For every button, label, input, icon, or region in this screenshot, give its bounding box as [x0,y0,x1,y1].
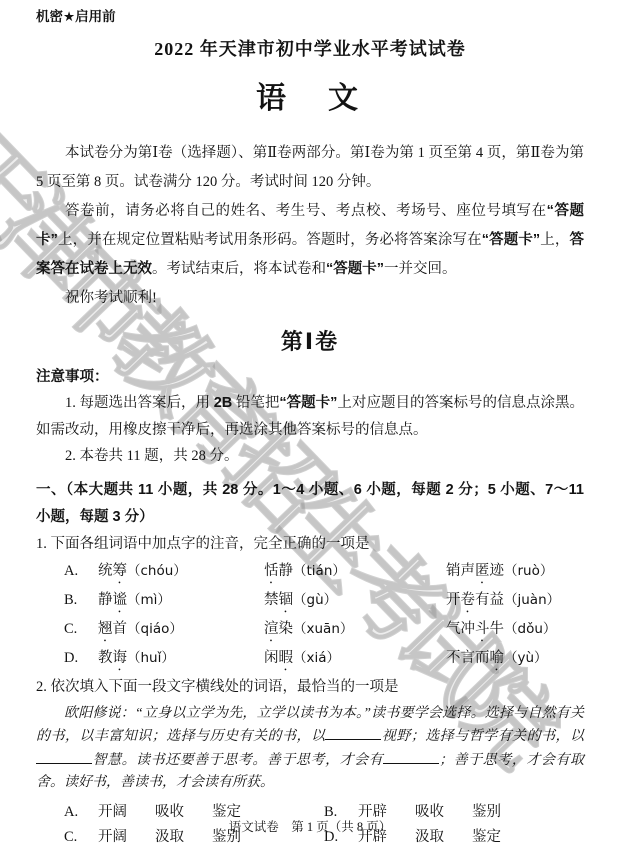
fill-in-blank [36,749,92,764]
exam-paper-page: 天津市教育招生考试院 机密★启用前 2022 年天津市初中学业水平考试试卷 语 … [0,0,620,848]
note-item-1: 1. 每题选出答案后，用 2B 铅笔把“答题卡”上对应题目的答案标号的信息点涂黑… [36,390,584,443]
question-1-stem: 1. 下面各组词语中加点字的注音，完全正确的一项是 [36,531,584,558]
q1-option-list: A.统筹（chóu）恬静（tián）销声匿迹（ruò）B.静谧（mì）禁锢（gù… [36,558,584,674]
q1-option-row: C.翘首（qiáo）渲染（xuān）气冲斗牛（dǒu） [36,616,584,645]
notes-title: 注意事项： [36,364,584,390]
exam-title: 2022 年天津市初中学业水平考试试卷 [36,35,584,61]
classification-label: 机密★启用前 [36,8,584,26]
intro-section: 本试卷分为第Ⅰ卷（选择题）、第Ⅱ卷两部分。第Ⅰ卷为第 1 页至第 4 页，第Ⅱ卷… [36,139,584,313]
intro-paragraph-1: 本试卷分为第Ⅰ卷（选择题）、第Ⅱ卷两部分。第Ⅰ卷为第 1 页至第 4 页，第Ⅱ卷… [36,139,584,197]
page-footer: 语文试卷 第 1 页（共 8 页） [0,817,620,835]
fill-in-blank [383,749,439,764]
wish-line: 祝你考试顺利! [36,284,584,313]
page-content: 机密★启用前 2022 年天津市初中学业水平考试试卷 语 文 本试卷分为第Ⅰ卷（… [0,0,620,848]
q1-option-row: A.统筹（chóu）恬静（tián）销声匿迹（ruò） [36,558,584,587]
volume-1-heading: 第Ⅰ卷 [36,325,584,356]
fill-in-blank [325,725,381,740]
q2-passage: 欧阳修说：“立身以立学为先，立学以读书为本。”读书要学会选择。选择与自然有关的书… [36,703,584,795]
subject-title: 语 文 [36,73,584,117]
q1-option-row: B.静谧（mì）禁锢（gù）开卷有益（juàn） [36,587,584,616]
note-item-2: 2. 本卷共 11 题，共 28 分。 [36,443,584,470]
part-1-header: 一、（本大题共 11 小题，共 28 分。1～4 小题、6 小题，每题 2 分；… [36,477,584,531]
intro-paragraph-2: 答卷前，请务必将自己的姓名、考生号、考点校、考场号、座位号填写在“答题卡”上，并… [36,197,584,284]
q1-option-row: D.教诲（huǐ）闲暇（xiá）不言而喻（yù） [36,645,584,674]
question-2-stem: 2. 依次填入下面一段文字横线处的词语，最恰当的一项是 [36,674,584,701]
